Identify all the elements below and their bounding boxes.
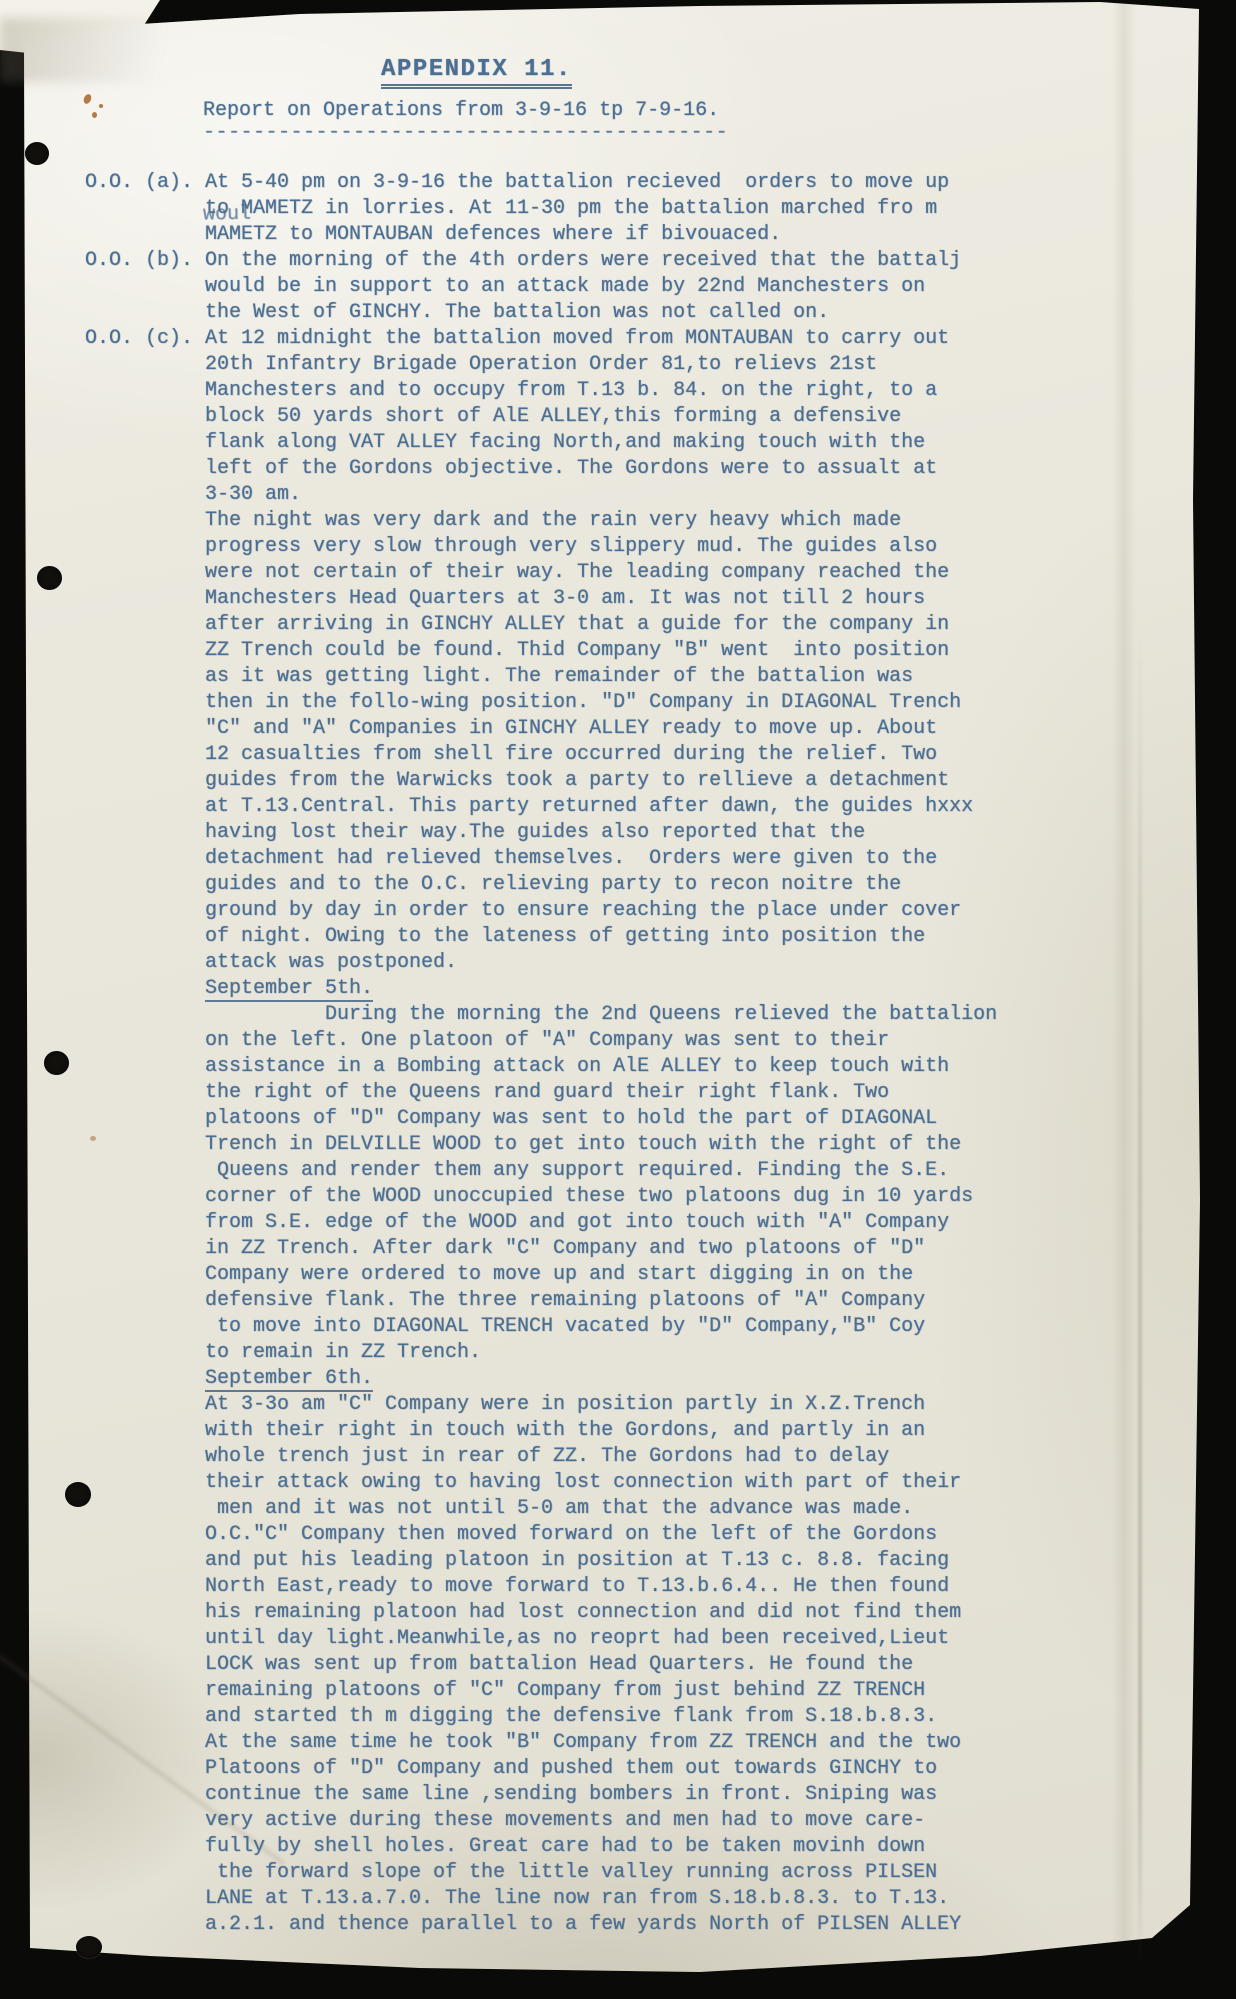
entry-text: At 12 midnight the battalion moved from …	[205, 326, 949, 508]
entry-oo-a: O.O. (a). At 5-40 pm on 3-9-16 the batta…	[85, 170, 1165, 248]
entry-september-6th: At 3-3o am "C" Company were in position …	[85, 1392, 1165, 1938]
punch-hole	[25, 142, 49, 165]
report-body: O.O. (a). At 5-40 pm on 3-9-16 the batta…	[85, 170, 1165, 1938]
entry-text: On the morning of the 4th orders were re…	[205, 248, 961, 326]
page-title-text: APPENDIX 11.	[381, 56, 572, 89]
entry-text: At 3-3o am "C" Company were in position …	[205, 1392, 961, 1938]
entry-night-relief: The night was very dark and the rain ver…	[85, 508, 1165, 976]
entry-label: O.O. (b).	[85, 248, 205, 326]
entry-oo-b: O.O. (b). On the morning of the 4th orde…	[85, 248, 1165, 326]
title-divider: ----------------------------------------…	[203, 124, 1165, 142]
entry-label	[85, 1392, 205, 1938]
page-title: APPENDIX 11.	[381, 55, 1165, 85]
section-heading-text: September 5th.	[205, 977, 373, 1002]
entry-text: During the morning the 2nd Queens reliev…	[205, 1002, 997, 1366]
entry-oo-c: O.O. (c). At 12 midnight the battalion m…	[85, 326, 1165, 508]
report-page: APPENDIX 11. Report on Operations from 3…	[85, 55, 1165, 1938]
entry-label	[85, 508, 205, 976]
punch-hole	[44, 1051, 69, 1075]
punch-hole	[76, 1936, 102, 1958]
entry-text: At 5-40 pm on 3-9-16 the battalion recie…	[205, 170, 949, 248]
entry-text: The night was very dark and the rain ver…	[205, 508, 973, 976]
section-heading-september-5th: September 5th.	[205, 976, 1165, 1002]
entry-label	[85, 1002, 205, 1366]
section-heading-september-6th: September 6th.	[205, 1366, 1165, 1392]
entry-label: O.O. (a).	[85, 170, 205, 248]
punch-hole	[37, 566, 62, 590]
section-heading-text: September 6th.	[205, 1367, 373, 1392]
entry-label: O.O. (c).	[85, 326, 205, 508]
entry-september-5th: During the morning the 2nd Queens reliev…	[85, 1002, 1165, 1366]
